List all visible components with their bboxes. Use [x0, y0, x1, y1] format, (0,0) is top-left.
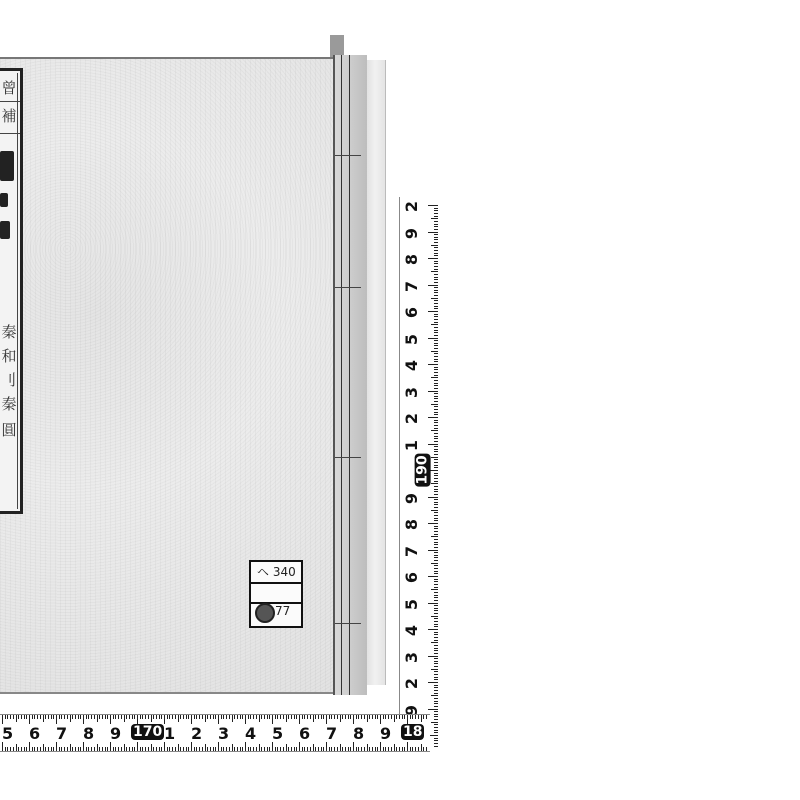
ruler-label: 7	[402, 545, 421, 556]
ruler-label: 6	[29, 724, 40, 743]
ruler-label: 9	[402, 492, 421, 503]
ruler-label: 2	[402, 201, 421, 212]
ruler-label: 5	[402, 598, 421, 609]
volume-number: 77	[275, 604, 290, 618]
call-number: ヘ 340	[251, 562, 301, 584]
ruler-label: 2	[402, 678, 421, 689]
horizontal-ruler: 5678917012345678918	[0, 714, 430, 752]
ruler-label: 2	[191, 724, 202, 743]
page-edges	[365, 60, 386, 685]
title-slip: 曾 補 秦 和 刂 秦 圓	[0, 68, 23, 514]
ruler-label: 8	[353, 724, 364, 743]
title-large-char	[0, 221, 10, 239]
ruler-label: 9	[380, 724, 391, 743]
title-char: 和	[0, 347, 18, 365]
ruler-label: 5	[272, 724, 283, 743]
ruler-label: 7	[56, 724, 67, 743]
ruler-label: 6	[402, 572, 421, 583]
ruler-label: 9	[402, 227, 421, 238]
ruler-label: 5	[402, 333, 421, 344]
ruler-label: 8	[402, 254, 421, 265]
ruler-label: 2	[402, 413, 421, 424]
vertical-ruler: 298765432119098765432918	[399, 197, 438, 749]
ruler-label: 4	[245, 724, 256, 743]
label-blank-row	[251, 582, 301, 604]
ruler-label: 1	[164, 724, 175, 743]
ruler-label: 190	[415, 453, 431, 486]
ruler-label: 8	[402, 519, 421, 530]
seal-stamp-icon	[255, 603, 275, 623]
ruler-label: 5	[2, 724, 13, 743]
library-call-label: ヘ 340 77	[249, 560, 303, 628]
title-char: 曾	[0, 79, 18, 97]
ruler-label: 6	[402, 307, 421, 318]
ruler-label: 6	[299, 724, 310, 743]
ruler-label: 1	[402, 439, 421, 450]
title-char: 刂	[0, 371, 18, 389]
ruler-label: 3	[218, 724, 229, 743]
ruler-label: 4	[402, 625, 421, 636]
label-stamp-row: 77	[251, 602, 301, 622]
ruler-label: 9	[110, 724, 121, 743]
title-char: 秦	[0, 395, 18, 413]
book-scan: 曾 補 秦 和 刂 秦 圓 ヘ 340 77 29876543211909876…	[0, 0, 800, 800]
ruler-label: 170	[131, 724, 164, 740]
title-char: 補	[0, 107, 18, 125]
title-char: 秦	[0, 323, 18, 341]
ruler-label: 7	[326, 724, 337, 743]
title-char: 圓	[0, 421, 18, 439]
ruler-label: 18	[401, 724, 424, 740]
title-large-char	[0, 193, 8, 207]
ruler-label: 3	[402, 386, 421, 397]
ruler-label: 3	[402, 651, 421, 662]
ruler-label: 8	[83, 724, 94, 743]
book-spine	[333, 55, 367, 695]
ruler-label: 4	[402, 360, 421, 371]
title-large-char	[0, 151, 14, 181]
ruler-label: 7	[402, 280, 421, 291]
